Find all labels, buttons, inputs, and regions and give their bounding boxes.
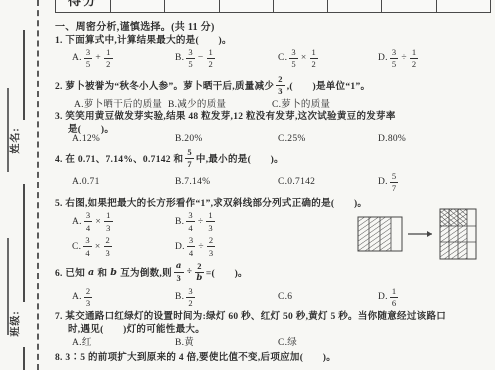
question-5-options-row1: A. 34 × 13 B. 34 ÷ 13 bbox=[48, 209, 308, 234]
fraction: 32 bbox=[186, 287, 195, 308]
operator: ÷ bbox=[198, 242, 204, 252]
question-4-text: 4. 在 0.71、7.14%、0.7142 和 57 中,最小的是( )。 bbox=[48, 147, 495, 169]
q6-option-C: C.6 bbox=[278, 292, 378, 302]
question-6-options: A. 23 B. 32 C.6 D. 16 bbox=[48, 284, 488, 310]
operator: ÷ bbox=[401, 53, 407, 63]
fraction: 34 bbox=[186, 211, 195, 232]
q6-option-D: D. 16 bbox=[378, 287, 488, 308]
q1-option-D: D. 35 ÷ 12 bbox=[378, 48, 488, 69]
binding-dashed-line bbox=[37, 0, 39, 370]
q3-option-B: B.20% bbox=[175, 134, 278, 144]
question-4-options: A.0.71 B.7.14% C.0.7142 D. 57 bbox=[48, 169, 488, 195]
fraction: 35 bbox=[390, 48, 399, 69]
margin-rule-segment bbox=[23, 184, 25, 302]
operator: × bbox=[301, 53, 307, 63]
q4-option-C: C.0.7142 bbox=[278, 177, 378, 187]
operator: ÷ bbox=[187, 267, 193, 277]
q4-option-A: A.0.71 bbox=[72, 177, 175, 187]
fraction: 13 bbox=[206, 211, 215, 232]
fraction: 12 bbox=[310, 48, 319, 69]
question-3-options: A.12% B.20% C.25% D.80% bbox=[48, 134, 488, 144]
q5-option-B: B. 34 ÷ 13 bbox=[175, 211, 308, 232]
operator: − bbox=[198, 53, 204, 63]
fraction: 57 bbox=[390, 172, 399, 193]
q5-option-A: A. 34 × 13 bbox=[72, 211, 175, 232]
q3-option-A: A.12% bbox=[72, 134, 175, 144]
operator: ÷ bbox=[198, 217, 204, 227]
question-3-text-line1: 3. 笑笑用黄豆做发芽实验,结果 48 粒发芽,12 粒没有发芽,这次试验黄豆的… bbox=[48, 108, 495, 122]
q1-option-B: B. 35 − 12 bbox=[175, 48, 278, 69]
margin-rule-segment bbox=[23, 30, 25, 120]
variable-b: b bbox=[110, 267, 117, 278]
question-7-text-line2: 时,遇见( )灯的可能性最大。 bbox=[48, 321, 495, 335]
fraction: 23 bbox=[276, 75, 285, 96]
class-label: 班级: bbox=[7, 310, 22, 336]
right-rectangle bbox=[440, 209, 476, 259]
operator: × bbox=[95, 242, 101, 252]
q6-option-B: B. 32 bbox=[175, 287, 278, 308]
q7-option-B: B.黄 bbox=[175, 334, 278, 348]
q4-option-D: D. 57 bbox=[378, 172, 488, 193]
fraction: a3 bbox=[174, 262, 184, 283]
fraction: 35 bbox=[289, 48, 298, 69]
fraction: 23 bbox=[207, 236, 216, 257]
question-1-text: 1. 下面算式中,计算结果最大的是( )。 bbox=[48, 32, 495, 46]
q5-rectangle-diagram bbox=[352, 206, 492, 262]
operator: × bbox=[95, 217, 101, 227]
q3-option-C: C.25% bbox=[278, 134, 378, 144]
fraction: 12 bbox=[104, 48, 113, 69]
paper-content: 一、周密分析,谨慎选择。(共 11 分) 1. 下面算式中,计算结果最大的是( … bbox=[48, 0, 495, 370]
fraction: 23 bbox=[104, 236, 113, 257]
q1-option-A: A. 35 + 12 bbox=[72, 48, 175, 69]
question-7-options: A.红 B.黄 C.绿 bbox=[48, 334, 488, 348]
fraction: 12 bbox=[410, 48, 419, 69]
fraction: 34 bbox=[187, 236, 196, 257]
question-8-text: 8. 3∶5 的前项扩大到原来的 4 倍,要使比值不变,后项应加( )。 bbox=[48, 349, 495, 363]
q6-option-A: A. 23 bbox=[72, 287, 175, 308]
question-3-text-line2: 是( )。 bbox=[48, 121, 495, 135]
operator: + bbox=[95, 53, 101, 63]
fraction: 2b bbox=[195, 262, 204, 283]
class-label-wrap: 班级: bbox=[0, 301, 28, 345]
q1-option-C: C. 35 × 12 bbox=[278, 48, 378, 69]
question-5-options-row2: C. 34 × 23 D. 34 ÷ 23 bbox=[48, 234, 308, 259]
fraction: 57 bbox=[185, 148, 194, 169]
fraction: 23 bbox=[84, 287, 93, 308]
q4-option-B: B.7.14% bbox=[175, 177, 278, 187]
fraction: 34 bbox=[84, 211, 93, 232]
left-rectangle bbox=[358, 217, 402, 251]
question-2-text: 2. 萝卜被誉为“秋冬小人参”。萝卜晒干后,质量减少 23 ,( )是单位“1”… bbox=[48, 74, 495, 96]
fraction: 35 bbox=[84, 48, 93, 69]
exam-paper-page: { "score_table": { "label": "得分" }, "mar… bbox=[0, 0, 495, 370]
fraction: 34 bbox=[83, 236, 92, 257]
fraction: 13 bbox=[104, 211, 113, 232]
arrow-icon bbox=[408, 231, 432, 237]
section-heading: 一、周密分析,谨慎选择。(共 11 分) bbox=[48, 18, 495, 33]
q7-option-C: C.绿 bbox=[278, 334, 488, 348]
question-7-text-line1: 7. 某交通路口红绿灯的设置时间为:绿灯 60 秒、红灯 50 秒,黄灯 5 秒… bbox=[48, 308, 495, 322]
q5-option-D: D. 34 ÷ 23 bbox=[175, 236, 308, 257]
margin-rule-segment bbox=[23, 347, 25, 370]
question-6-text: 6. 已知 a 和 b 互为倒数,则 a3 ÷ 2b =( )。 bbox=[48, 261, 495, 283]
question-1-options: A. 35 + 12 B. 35 − 12 C. 35 × 12 D. 35 ÷… bbox=[48, 45, 488, 71]
fraction: 12 bbox=[207, 48, 216, 69]
q3-option-D: D.80% bbox=[378, 134, 488, 144]
name-label: 姓名: bbox=[7, 127, 22, 153]
name-label-wrap: 姓名: bbox=[0, 118, 28, 162]
q7-option-A: A.红 bbox=[72, 334, 175, 348]
fraction: 16 bbox=[390, 287, 399, 308]
fraction: 35 bbox=[186, 48, 195, 69]
q5-option-C: C. 34 × 23 bbox=[72, 236, 175, 257]
variable-a: a bbox=[88, 267, 94, 278]
